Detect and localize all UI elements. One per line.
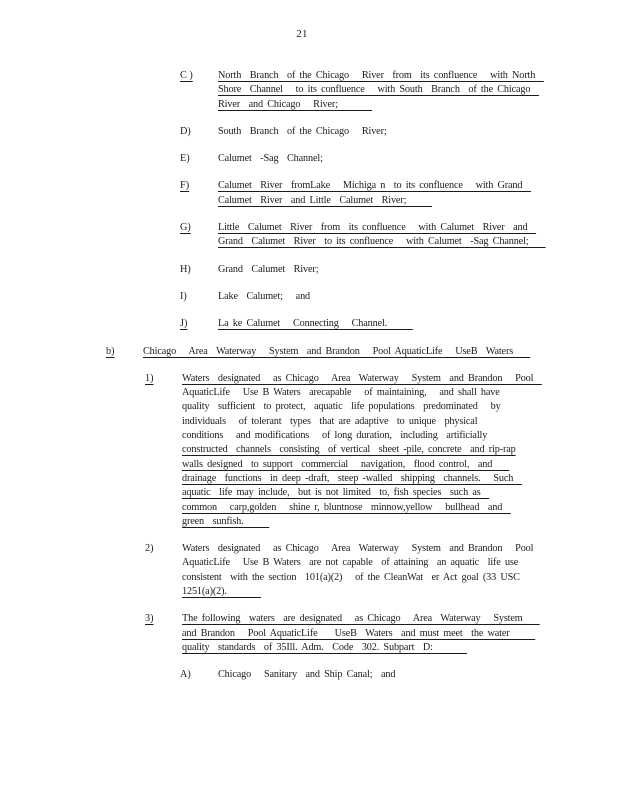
text-line: The following waters are designated as C… <box>182 611 587 625</box>
list-item: A)Chicago Sanitary and Ship Canal; and <box>218 667 618 681</box>
text-line: Lake Calumet; and <box>218 289 590 303</box>
text-line: and Brandon Pool AquaticLife UseB Waters… <box>182 626 587 640</box>
item-text: Lake Calumet; and <box>218 289 618 303</box>
item-label: A) <box>180 667 191 681</box>
item-label: D) <box>180 124 191 138</box>
text-line: AquaticLife Use B Waters are not capable… <box>182 555 587 569</box>
text-line: quality sufficient to protect, aquatic l… <box>182 399 587 413</box>
list-item: b)Chicago Area Waterway System and Brand… <box>143 344 618 358</box>
item-label: E) <box>180 151 190 165</box>
item-label: H) <box>180 262 191 276</box>
item-label: 1) <box>145 371 154 385</box>
text-line: common carp,golden shine r, bluntnose mi… <box>182 500 587 514</box>
text-line: North Branch of the Chicago River from i… <box>218 68 590 82</box>
item-label: b) <box>106 344 115 358</box>
text-line: individuals of tolerant types that are a… <box>182 414 587 428</box>
text-line: Little Calumet River from its confluence… <box>218 220 590 234</box>
list-item: D)South Branch of the Chicago River; <box>218 124 618 138</box>
item-text: Calumet River fromLake Michiga n to its … <box>218 178 618 207</box>
item-text: Chicago Sanitary and Ship Canal; and <box>218 667 618 681</box>
text-line: aquatic life may include, but is not lim… <box>182 485 587 499</box>
text-line: green sunfish. <box>182 514 587 528</box>
text-line: Waters designated as Chicago Area Waterw… <box>182 541 587 555</box>
list-item: C )North Branch of the Chicago River fro… <box>218 68 618 111</box>
item-text: Waters designated as Chicago Area Waterw… <box>182 541 618 598</box>
text-line: La ke Calumet Connecting Channel. <box>218 316 590 330</box>
text-line: River and Chicago River; <box>218 97 590 111</box>
text-line: AquaticLife Use B Waters arecapable of m… <box>182 385 587 399</box>
item-text: Calumet -Sag Channel; <box>218 151 618 165</box>
list-item: 1)Waters designated as Chicago Area Wate… <box>182 371 618 528</box>
item-label: G) <box>180 220 191 234</box>
text-line: Calumet -Sag Channel; <box>218 151 590 165</box>
item-label: C ) <box>180 68 193 82</box>
item-label: 3) <box>145 611 154 625</box>
text-line: 1251(a)(2). <box>182 584 587 598</box>
text-line: Chicago Area Waterway System and Brandon… <box>143 344 585 358</box>
text-line: consistent with the section 101(a)(2) of… <box>182 570 587 584</box>
list-item: F)Calumet River fromLake Michiga n to it… <box>218 178 618 207</box>
text-line: South Branch of the Chicago River; <box>218 124 590 138</box>
text-line: Calumet River and Little Calumet River; <box>218 193 590 207</box>
item-text: North Branch of the Chicago River from i… <box>218 68 618 111</box>
list-item: G)Little Calumet River from its confluen… <box>218 220 618 249</box>
item-text: La ke Calumet Connecting Channel. <box>218 316 618 330</box>
list-item: 2)Waters designated as Chicago Area Wate… <box>182 541 618 598</box>
text-line: constructed channels consisting of verti… <box>182 442 587 456</box>
list-item: J)La ke Calumet Connecting Channel. <box>218 316 618 330</box>
text-line: quality standards of 35Ill. Adm. Code 30… <box>182 640 587 654</box>
item-label: 2) <box>145 541 154 555</box>
text-line: Calumet River fromLake Michiga n to its … <box>218 178 590 192</box>
text-line: Grand Calumet River to its confluence wi… <box>218 234 590 248</box>
item-text: Little Calumet River from its confluence… <box>218 220 618 249</box>
text-line: Grand Calumet River; <box>218 262 590 276</box>
item-text: South Branch of the Chicago River; <box>218 124 618 138</box>
list-item: H)Grand Calumet River; <box>218 262 618 276</box>
item-text: The following waters are designated as C… <box>182 611 618 654</box>
item-text: Waters designated as Chicago Area Waterw… <box>182 371 618 528</box>
item-text: Grand Calumet River; <box>218 262 618 276</box>
list-item: 3)The following waters are designated as… <box>182 611 618 654</box>
text-line: drainage functions in deep -draft, steep… <box>182 471 587 485</box>
item-label: F) <box>180 178 189 192</box>
text-line: Waters designated as Chicago Area Waterw… <box>182 371 587 385</box>
text-line: walls designed to support commercial nav… <box>182 457 587 471</box>
text-line: conditions and modifications of long dur… <box>182 428 587 442</box>
document-content: C )North Branch of the Chicago River fro… <box>0 41 618 682</box>
text-line: Shore Channel to its confluence with Sou… <box>218 82 590 96</box>
item-text: Chicago Area Waterway System and Brandon… <box>143 344 618 358</box>
list-item: E)Calumet -Sag Channel; <box>218 151 618 165</box>
list-item: I)Lake Calumet; and <box>218 289 618 303</box>
page-number: 21 <box>0 0 604 41</box>
text-line: Chicago Sanitary and Ship Canal; and <box>218 667 590 681</box>
item-label: J) <box>180 316 187 330</box>
document-page: 21 C )North Branch of the Chicago River … <box>0 0 618 800</box>
item-label: I) <box>180 289 187 303</box>
